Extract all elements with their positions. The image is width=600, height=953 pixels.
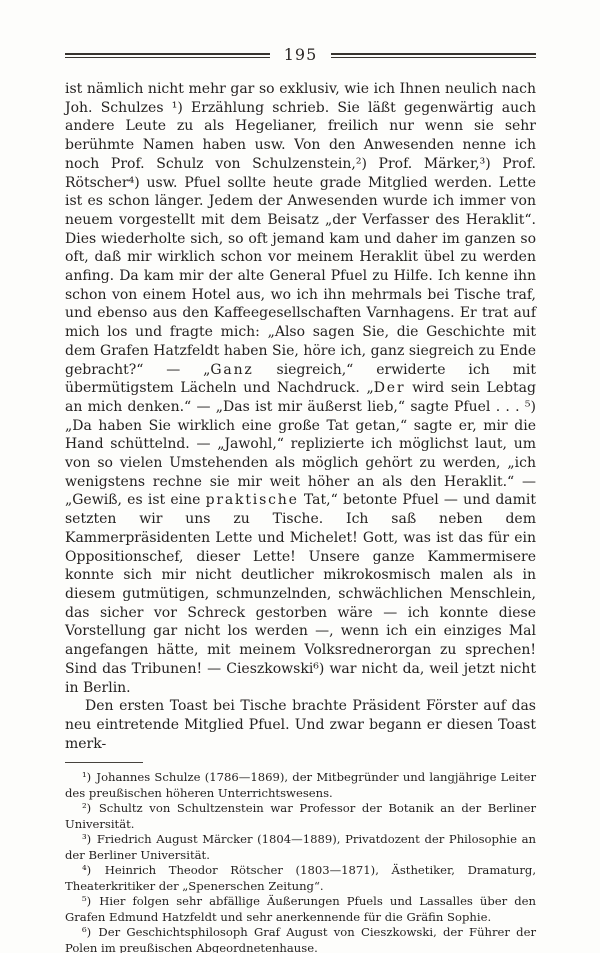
footnotes-section: ¹) Johannes Schulze (1786—1869), der Mit… (65, 762, 536, 953)
footnote-2: ²) Schultz von Schultzenstein war Profes… (65, 801, 536, 832)
footnote-marker: ¹) (82, 770, 92, 784)
footnote-marker: ²) (82, 801, 92, 815)
footnote-1: ¹) Johannes Schulze (1786—1869), der Mit… (65, 770, 536, 801)
footnote-separator-rule (65, 762, 143, 763)
text-run: wird sein Lebtag an mich denken.“ — „Das… (65, 380, 536, 508)
footnote-6: ⁶) Der Geschichtsphilosoph Graf August v… (65, 925, 536, 953)
footnote-text: Hier folgen sehr abfällige Äußerungen Pf… (65, 894, 536, 924)
footnote-4: ⁴) Heinrich Theodor Rötscher (1803—1871)… (65, 863, 536, 894)
body-paragraph-1: ist nämlich nicht mehr gar so exklusiv, … (65, 80, 536, 697)
emphasis-run-der: Der (374, 380, 406, 396)
footnote-text: Johannes Schulze (1786—1869), der Mitbeg… (65, 770, 536, 800)
text-run: Tat,“ betonte Pfuel — und damit setzten … (65, 492, 536, 695)
body-paragraph-2: Den ersten Toast bei Tische brachte Präs… (65, 697, 536, 753)
emphasis-run-ganz: Ganz (210, 362, 253, 378)
header-rule-right (331, 53, 536, 58)
footnote-marker: ³) (82, 832, 92, 846)
page-header: 195 (65, 46, 536, 64)
footnote-text: Heinrich Theodor Rötscher (1803—1871), Ä… (65, 863, 536, 893)
footnote-marker: ⁶) (82, 925, 92, 939)
page-number: 195 (282, 47, 320, 63)
footnote-text: Friedrich August Märcker (1804—1889), Pr… (65, 832, 536, 862)
header-rule-left (65, 53, 270, 58)
footnote-text: Schultz von Schultzenstein war Professor… (65, 801, 536, 831)
footnote-marker: ⁵) (82, 894, 92, 908)
emphasis-run-praktische: praktische (206, 492, 299, 508)
text-run: ist nämlich nicht mehr gar so exklusiv, … (65, 81, 536, 378)
page-body: ist nämlich nicht mehr gar so exklusiv, … (65, 80, 536, 753)
footnote-3: ³) Friedrich August Märcker (1804—1889),… (65, 832, 536, 863)
book-page: 195 ist nämlich nicht mehr gar so exklus… (0, 0, 600, 953)
footnote-5: ⁵) Hier folgen sehr abfällige Äußerungen… (65, 894, 536, 925)
footnote-text: Der Geschichtsphilosoph Graf August von … (65, 925, 536, 953)
footnote-marker: ⁴) (82, 863, 92, 877)
